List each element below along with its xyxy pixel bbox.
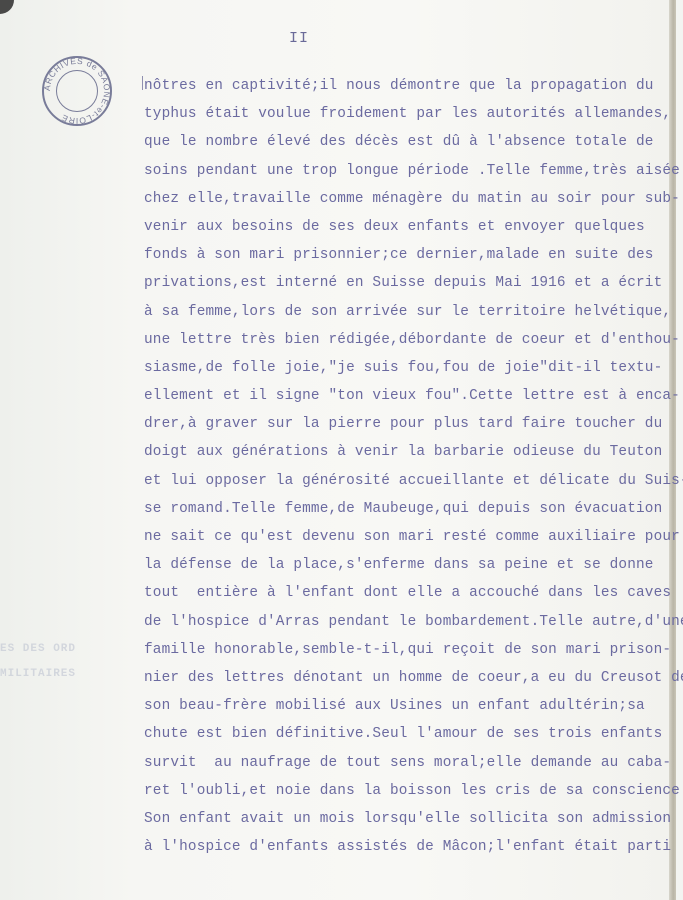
text-line: que le nombre élevé des décès est dû à l… [144, 128, 683, 156]
typewritten-body: nôtres en captivité;il nous démontre que… [144, 72, 683, 861]
text-line: nôtres en captivité;il nous démontre que… [144, 72, 683, 100]
text-line: chute est bien définitive.Seul l'amour d… [144, 720, 683, 748]
text-line: fonds à son mari prisonnier;ce dernier,m… [144, 241, 683, 269]
text-line: drer,à graver sur la pierre pour plus ta… [144, 410, 683, 438]
text-line: ne sait ce qu'est devenu son mari resté … [144, 523, 683, 551]
text-line: à l'hospice d'enfants assistés de Mâcon;… [144, 833, 683, 861]
text-line: Son enfant avait un mois lorsqu'elle sol… [144, 805, 683, 833]
text-line: chez elle,travaille comme ménagère du ma… [144, 185, 683, 213]
text-line: son beau-frère mobilisé aux Usines un en… [144, 692, 683, 720]
text-line: nier des lettres dénotant un homme de co… [144, 664, 683, 692]
text-line: doigt aux générations à venir la barbari… [144, 438, 683, 466]
stamp-inner-ring [56, 70, 98, 112]
scan-corner-shadow [0, 0, 14, 14]
margin-mark [142, 76, 143, 90]
page-number: II [289, 30, 309, 47]
text-line: famille honorable,semble-t-il,qui reçoit… [144, 636, 683, 664]
text-line: survit au naufrage de tout sens moral;el… [144, 749, 683, 777]
text-line: privations,est interné en Suisse depuis … [144, 269, 683, 297]
bleed-through-text: MILITAIRES [0, 668, 76, 680]
text-line: à sa femme,lors de son arrivée sur le te… [144, 298, 683, 326]
text-line: et lui opposer la générosité accueillant… [144, 467, 683, 495]
text-line: soins pendant une trop longue période .T… [144, 157, 683, 185]
text-line: la défense de la place,s'enferme dans sa… [144, 551, 683, 579]
archive-stamp-icon: ARCHIVES de SAONE-et-LOIRE [42, 56, 112, 126]
document-page: II ARCHIVES de SAONE-et-LOIRE ES DES ORD… [0, 0, 676, 900]
text-line: tout entière à l'enfant dont elle a acco… [144, 579, 683, 607]
text-line: se romand.Telle femme,de Maubeuge,qui de… [144, 495, 683, 523]
text-line: venir aux besoins de ses deux enfants et… [144, 213, 683, 241]
text-line: siasme,de folle joie,"je suis fou,fou de… [144, 354, 683, 382]
text-line: typhus était voulue froidement par les a… [144, 100, 683, 128]
text-line: ret l'oubli,et noie dans la boisson les … [144, 777, 683, 805]
text-line: une lettre très bien rédigée,débordante … [144, 326, 683, 354]
text-line: ellement et il signe "ton vieux fou".Cet… [144, 382, 683, 410]
text-line: de l'hospice d'Arras pendant le bombarde… [144, 608, 683, 636]
bleed-through-text: ES DES ORD [0, 643, 76, 655]
